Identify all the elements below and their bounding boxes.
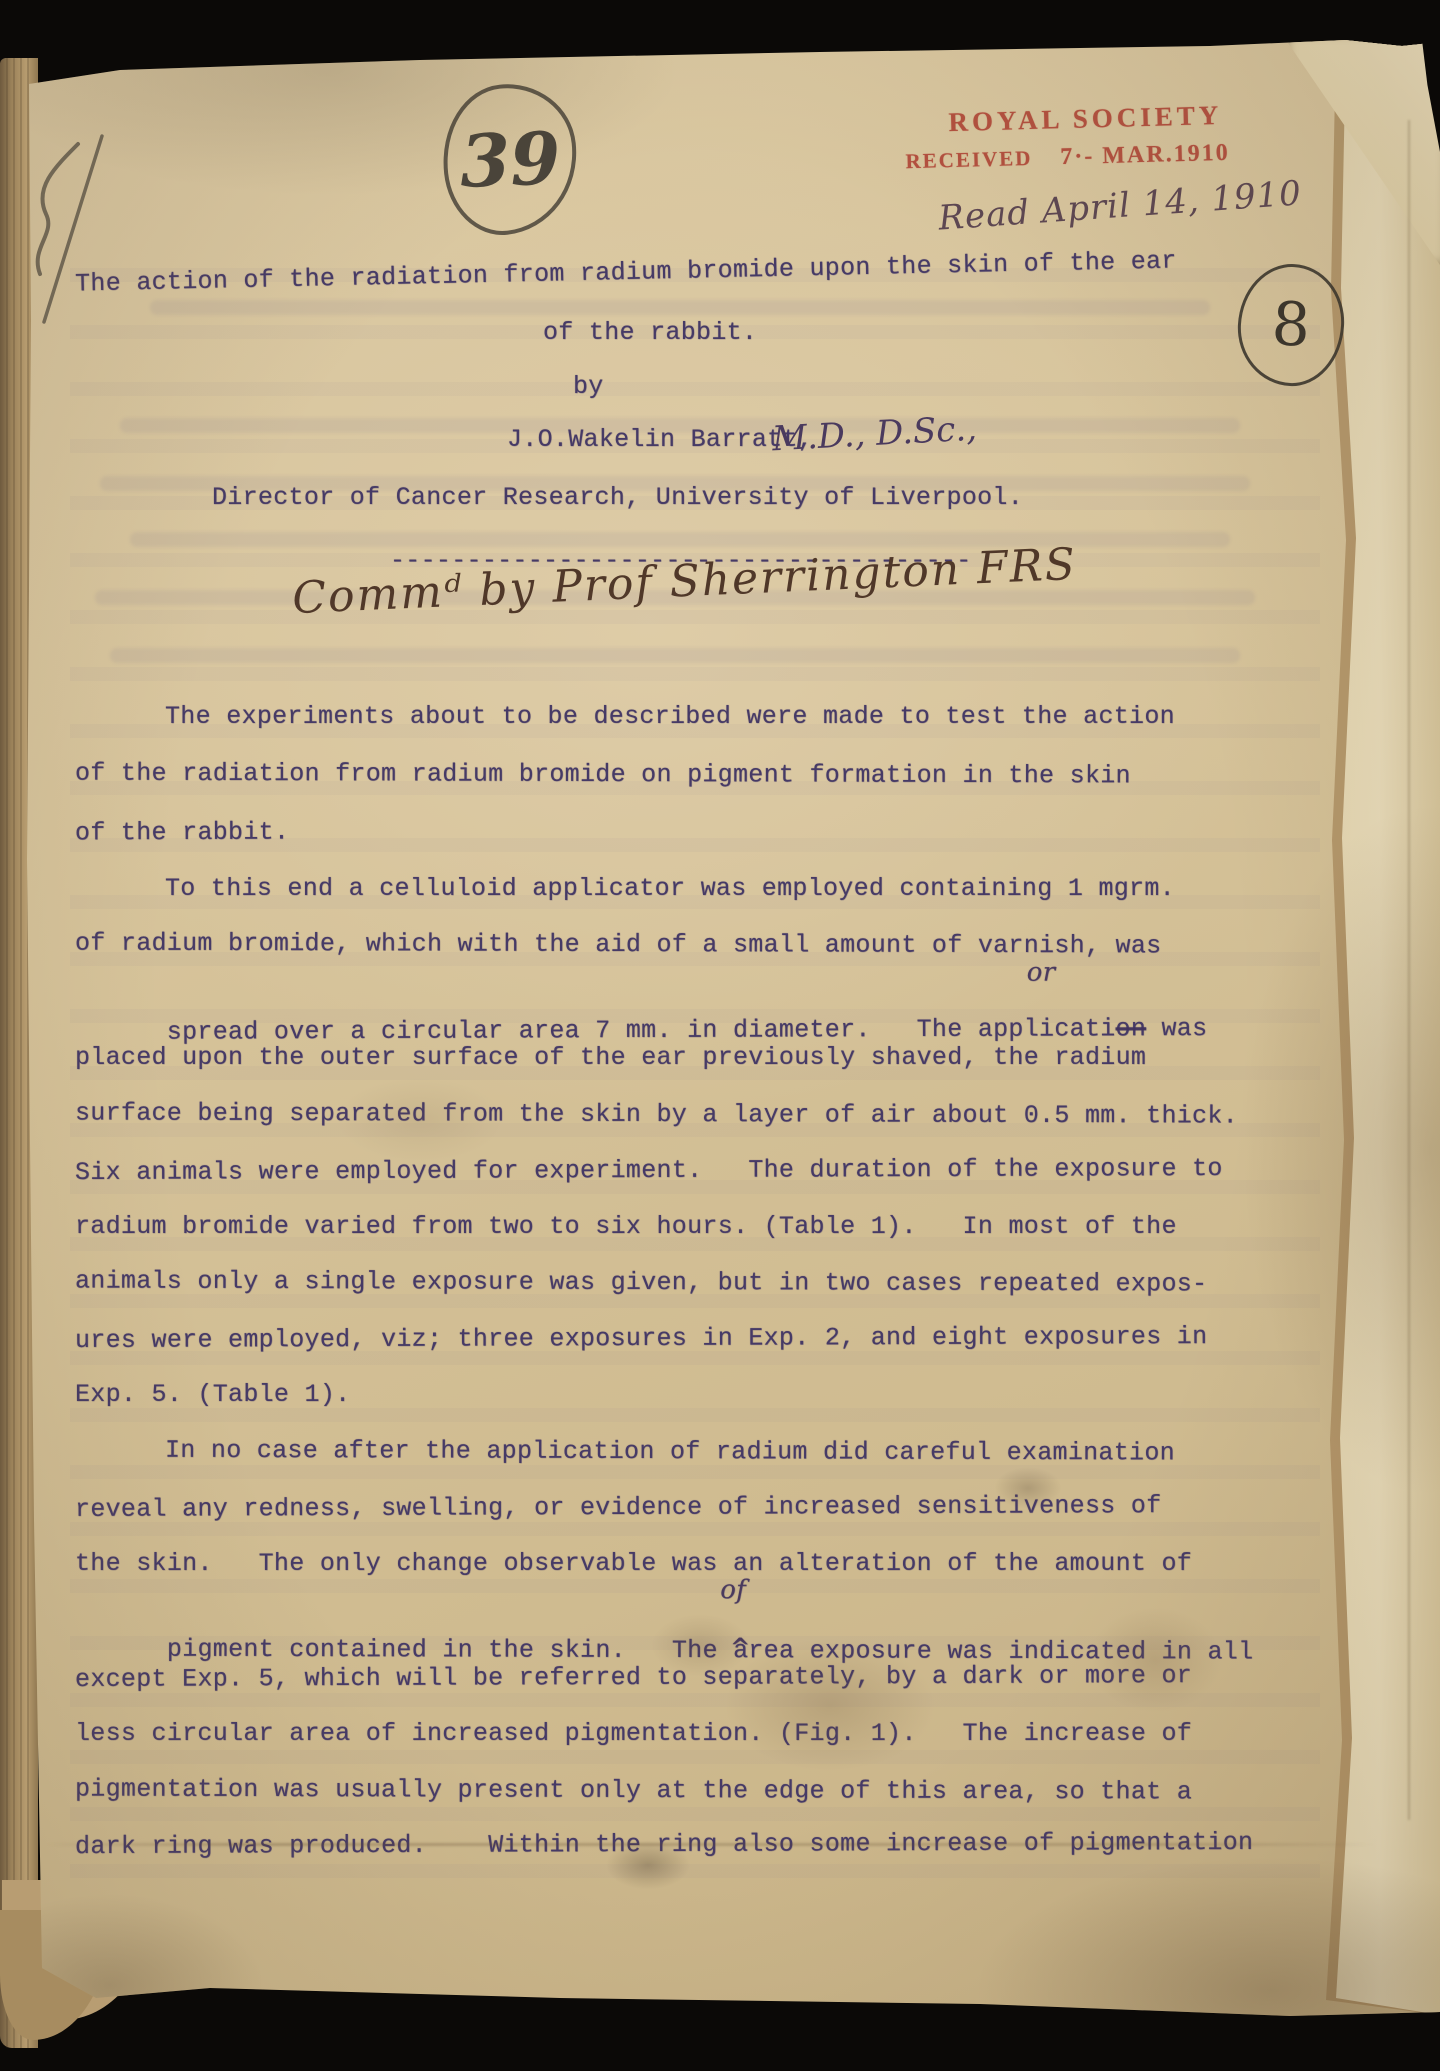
margin-pencil-mark — [16, 130, 126, 330]
typed-line: of the rabbit. — [75, 818, 289, 849]
typed-text: was — [1146, 1014, 1207, 1043]
ghost-text-bar — [150, 300, 1210, 315]
page-number-circle: 8 — [1235, 261, 1347, 388]
ghost-text-bar — [110, 648, 1240, 663]
typed-line: of radium bromide, which with the aid of… — [75, 929, 1162, 962]
typed-line: pigmentation was usually present only at… — [75, 1775, 1192, 1808]
stamp-received-line: RECEIVED 7·- MAR.1910 — [905, 140, 1230, 175]
byline: by — [573, 372, 604, 402]
scanned-manuscript-photo: 39 ROYAL SOCIETY RECEIVED 7·- MAR.1910 R… — [0, 0, 1440, 2071]
folio-number-circle: 39 — [436, 77, 585, 240]
read-date-note: Read April 14, 1910 — [937, 173, 1303, 238]
insertion-caret: ^ — [730, 1632, 751, 1662]
struck-text: on — [1115, 1014, 1146, 1043]
typed-line: less circular area of increased pigmenta… — [75, 1719, 1192, 1749]
page-stack-lines — [6, 58, 32, 2048]
typed-text: spread over a circular area 7 mm. in dia… — [167, 1014, 1116, 1046]
typed-text: pigment contained in the skin. The area — [167, 1635, 794, 1666]
handwritten-correction-or: or — [1027, 958, 1056, 988]
stamp-society-name: ROYAL SOCIETY — [904, 100, 1229, 139]
typed-line: To this end a celluloid applicator was e… — [75, 874, 1175, 904]
stamp-date: 7·- MAR.1910 — [1060, 140, 1230, 171]
manuscript-page: 39 ROYAL SOCIETY RECEIVED 7·- MAR.1910 R… — [0, 0, 1440, 2071]
typed-line: radium bromide varied from two to six ho… — [75, 1212, 1177, 1242]
author-affiliation: Director of Cancer Research, University … — [212, 483, 1023, 513]
folio-number: 39 — [458, 115, 561, 203]
typed-line: of the radiation from radium bromide on … — [75, 759, 1131, 792]
typed-line: Six animals were employed for experiment… — [75, 1154, 1223, 1188]
typed-line: ures were employed, viz; three exposures… — [75, 1322, 1207, 1356]
typed-line: placed upon the outer surface of the ear… — [75, 1043, 1146, 1073]
royal-society-stamp: ROYAL SOCIETY RECEIVED 7·- MAR.1910 — [904, 100, 1230, 175]
typed-line: surface being separated from the skin by… — [75, 1098, 1238, 1131]
typed-line: except Exp. 5, which will be referred to… — [75, 1661, 1192, 1695]
title-line-2: of the rabbit. — [543, 318, 757, 348]
author-degrees-handwritten: M.D., D.Sc., — [771, 409, 978, 460]
typed-line: The experiments about to be described we… — [75, 702, 1175, 732]
typed-line: In no case after the application of radi… — [75, 1436, 1175, 1469]
handwritten-insertion-of: of — [720, 1575, 746, 1605]
stamp-received-label: RECEIVED — [905, 146, 1032, 174]
title-line-1: The action of the radiation from radium … — [75, 246, 1177, 299]
author-name: J.O.Wakelin Barratt, — [507, 425, 813, 455]
typed-line: the skin. The only change observable was… — [75, 1549, 1192, 1579]
typed-line: Exp. 5. (Table 1). — [75, 1380, 350, 1410]
vertical-crease — [1408, 120, 1410, 1820]
typed-line: animals only a single exposure was given… — [75, 1267, 1207, 1300]
horizontal-crease — [45, 1843, 1375, 1846]
page-number: 8 — [1270, 289, 1312, 361]
typed-line: reveal any redness, swelling, or evidenc… — [75, 1491, 1162, 1525]
